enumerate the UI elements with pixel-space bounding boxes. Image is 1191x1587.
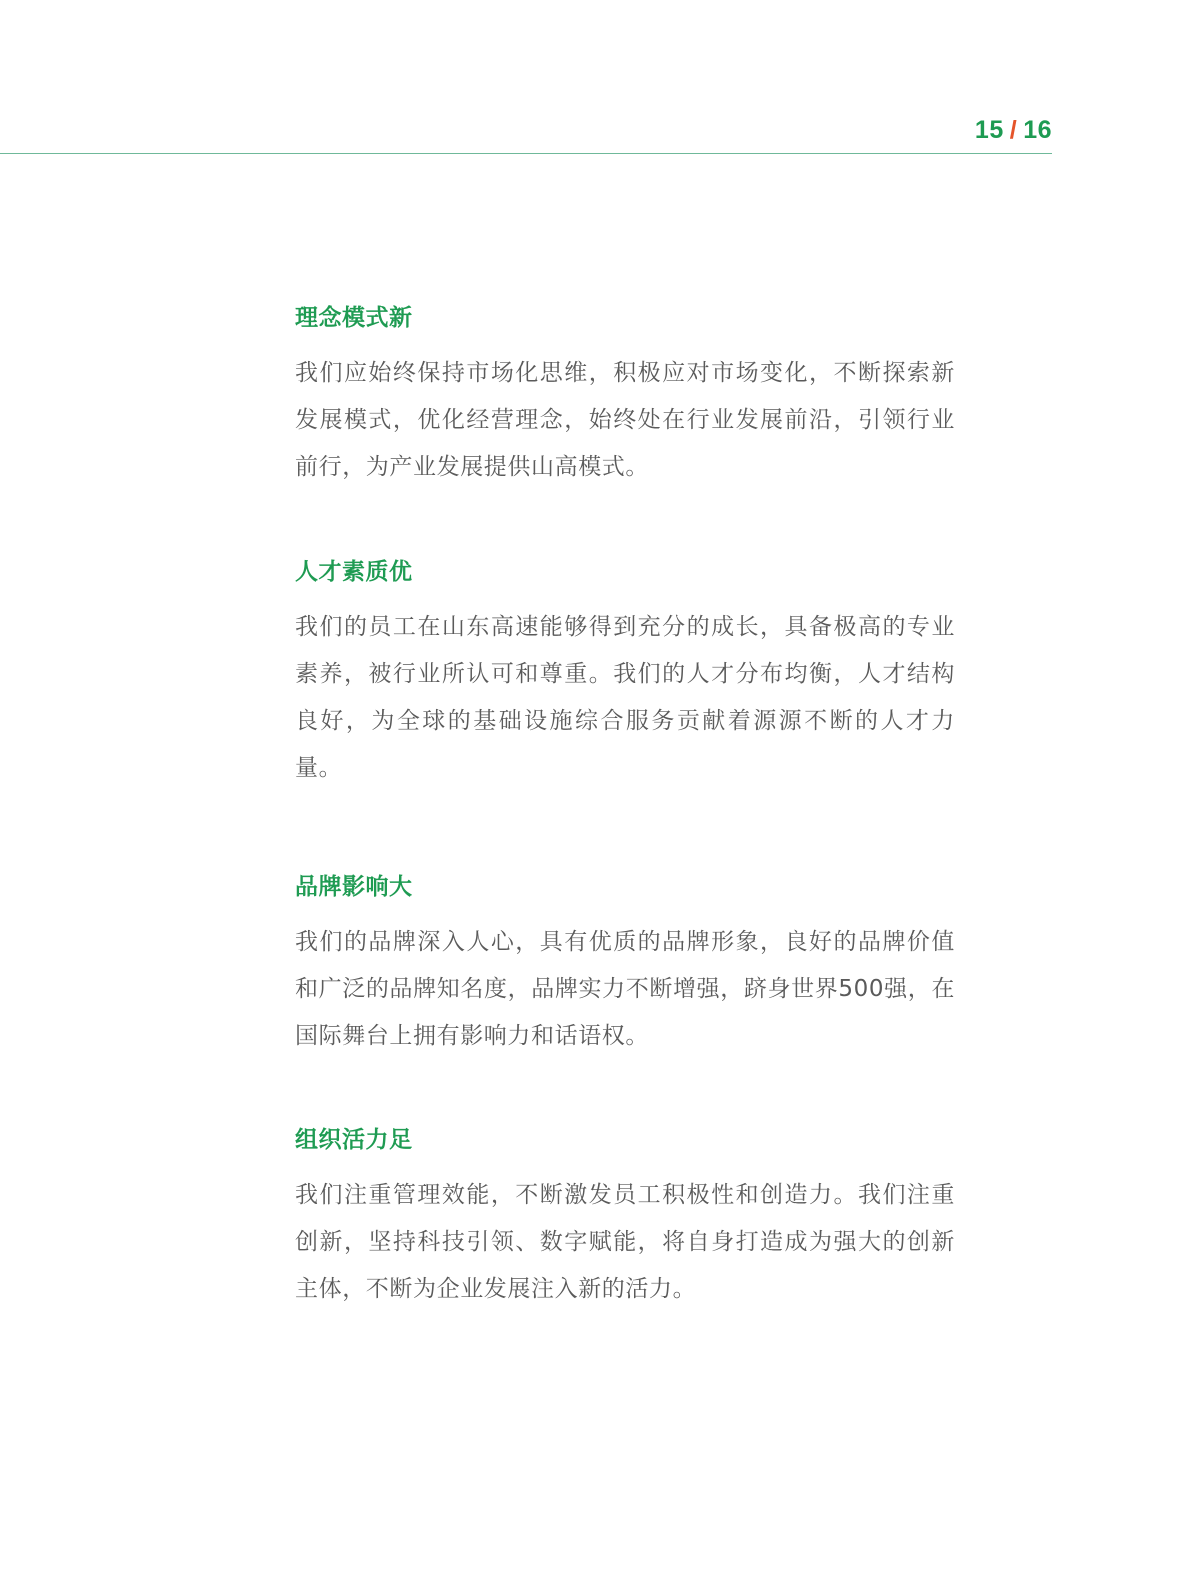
page-current: 15 (975, 116, 1004, 144)
section-body: 我们应始终保持市场化思维，积极应对市场变化，不断探索新发展模式，优化经营理念，始… (295, 350, 955, 491)
section-title: 品牌影响大 (295, 871, 955, 903)
section-organization-vitality: 组织活力足 我们注重管理效能，不断激发员工积极性和创造力。我们注重创新，坚持科技… (295, 1124, 955, 1313)
page-total: 16 (1023, 116, 1052, 144)
section-concept-model: 理念模式新 我们应始终保持市场化思维，积极应对市场变化，不断探索新发展模式，优化… (295, 302, 955, 491)
page-separator: / (1010, 116, 1017, 144)
header-divider (0, 153, 1052, 154)
section-talent-quality: 人才素质优 我们的员工在山东高速能够得到充分的成长，具备极高的专业素养，被行业所… (295, 556, 955, 792)
section-body: 我们注重管理效能，不断激发员工积极性和创造力。我们注重创新，坚持科技引领、数字赋… (295, 1172, 955, 1313)
section-brand-influence: 品牌影响大 我们的品牌深入人心，具有优质的品牌形象，良好的品牌价值和广泛的品牌知… (295, 871, 955, 1060)
section-title: 理念模式新 (295, 302, 955, 334)
section-body: 我们的品牌深入人心，具有优质的品牌形象，良好的品牌价值和广泛的品牌知名度，品牌实… (295, 919, 955, 1060)
section-title: 组织活力足 (295, 1124, 955, 1156)
page-number: 15/16 (970, 116, 1052, 145)
section-title: 人才素质优 (295, 556, 955, 588)
section-body: 我们的员工在山东高速能够得到充分的成长，具备极高的专业素养，被行业所认可和尊重。… (295, 604, 955, 792)
